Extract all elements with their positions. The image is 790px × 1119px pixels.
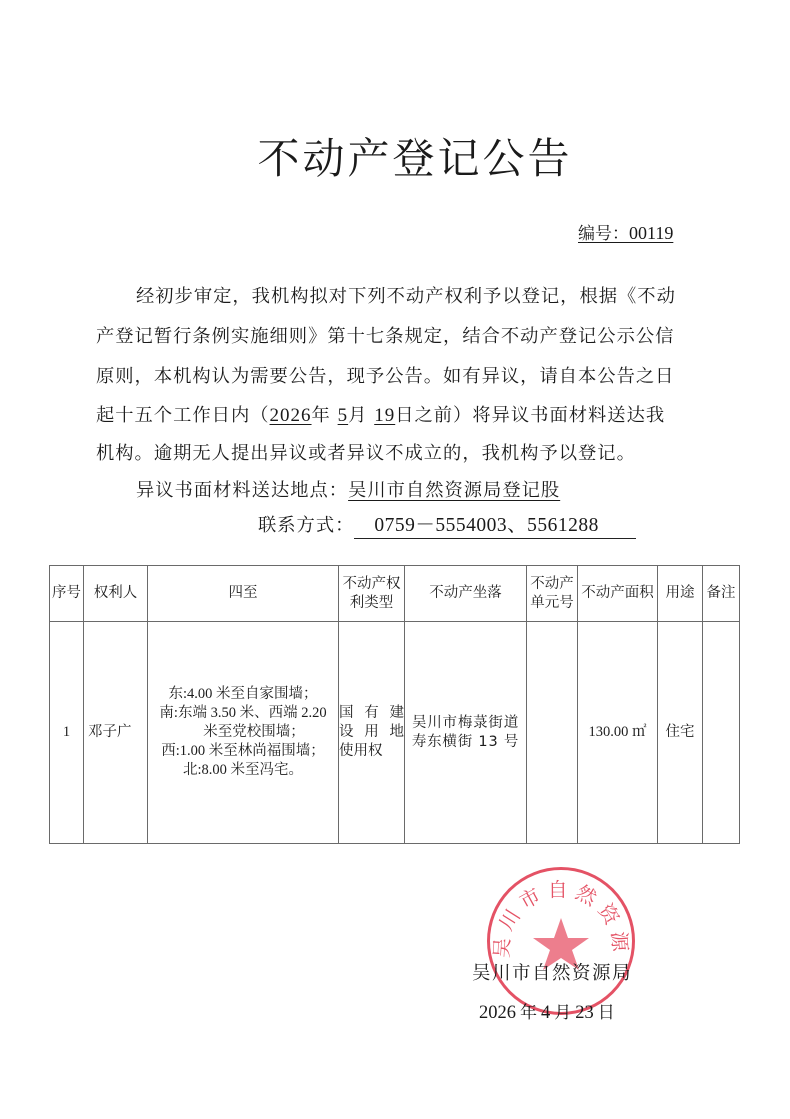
paragraph-line-2: 产登记暂行条例实施细则》第十七条规定，结合不动产登记公示公信 — [96, 325, 674, 349]
deadline-suffix: 日之前）将异议书面材料送达我 — [395, 405, 665, 426]
document-number: 编号：00119 — [578, 221, 673, 246]
contact-label: 联系方式： — [258, 515, 354, 536]
cell-area: 130.00 ㎡ — [578, 622, 658, 844]
deadline-prefix: 起十五个工作日内（ — [96, 405, 270, 426]
deadline-month-unit: 月 — [348, 405, 367, 426]
header-right-type-line1: 不动产权 — [339, 575, 404, 594]
cell-seq: 1 — [50, 622, 84, 844]
header-right-type: 不动产权利类型 — [339, 566, 405, 622]
deadline-year-unit: 年 — [312, 405, 331, 426]
date-day: 23 — [575, 1003, 594, 1023]
cell-use: 住宅 — [658, 622, 703, 844]
header-seq: 序号 — [50, 566, 84, 622]
cell-holder: 邓子广 — [84, 622, 148, 844]
table-header-row: 序号 权利人 四至 不动产权利类型 不动产坐落 不动产单元号 不动产面积 用途 … — [50, 566, 740, 622]
header-area: 不动产面积 — [578, 566, 658, 622]
contact-line: 联系方式：0759－5554003、5561288 — [258, 514, 636, 539]
header-use: 用途 — [658, 566, 703, 622]
closing-line: 机构。逾期无人提出异议或者异议不成立的，我机构予以登记。 — [96, 442, 636, 466]
boundary-east: 东:4.00 米至自家围墙； — [148, 685, 338, 704]
boundary-north: 北:8.00 米至冯宅。 — [148, 761, 338, 780]
issue-date: 2026年4月23日 — [479, 1001, 619, 1025]
cell-right-type: 国有建 设用地 使用权 — [339, 622, 405, 844]
objection-address-value: 吴川市自然资源局登记股 — [348, 480, 560, 501]
location-line2: 寿东横街 13 号 — [405, 733, 526, 752]
header-unit-no: 不动产单元号 — [527, 566, 578, 622]
header-remark: 备注 — [703, 566, 740, 622]
date-month-unit: 月 — [554, 1003, 571, 1023]
issuer-name: 吴川市自然资源局 — [472, 962, 632, 986]
objection-address-line: 异议书面材料送达地点：吴川市自然资源局登记股 — [136, 479, 560, 503]
header-location: 不动产坐落 — [405, 566, 527, 622]
date-year-unit: 年 — [520, 1003, 537, 1023]
header-boundaries: 四至 — [148, 566, 339, 622]
right-type-line2: 设用地 — [339, 723, 404, 742]
header-unit-no-line2: 单元号 — [527, 594, 577, 613]
official-seal: 吴川市自然资源局 — [487, 867, 635, 1015]
header-unit-no-line1: 不动产 — [527, 575, 577, 594]
deadline-line: 起十五个工作日内（2026年 5月 19日之前）将异议书面材料送达我 — [96, 404, 665, 428]
deadline-day: 19 — [374, 405, 395, 426]
date-day-unit: 日 — [598, 1003, 615, 1023]
right-type-line1: 国有建 — [339, 704, 404, 723]
header-right-type-line2: 利类型 — [339, 594, 404, 613]
boundary-south: 南:东端 3.50 米、西端 2.20 — [148, 704, 338, 723]
deadline-year: 2026 — [270, 405, 312, 426]
paragraph-line-1: 经初步审定，我机构拟对下列不动产权利予以登记，根据《不动 — [136, 285, 676, 309]
registration-table: 序号 权利人 四至 不动产权利类型 不动产坐落 不动产单元号 不动产面积 用途 … — [49, 565, 740, 844]
date-year: 2026 — [479, 1003, 516, 1023]
page-title: 不动产登记公告 — [0, 132, 790, 186]
boundary-south-cont: 米至党校围墙； — [148, 723, 338, 742]
header-holder: 权利人 — [84, 566, 148, 622]
table-row: 1 邓子广 东:4.00 米至自家围墙； 南:东端 3.50 米、西端 2.20… — [50, 622, 740, 844]
right-type-line3: 使用权 — [339, 742, 404, 761]
cell-remark — [703, 622, 740, 844]
contact-value: 0759－5554003、5561288 — [354, 514, 636, 539]
cell-unit-no — [527, 622, 578, 844]
cell-boundaries: 东:4.00 米至自家围墙； 南:东端 3.50 米、西端 2.20 米至党校围… — [148, 622, 339, 844]
seal-star-icon: 吴川市自然资源局 — [490, 870, 632, 1012]
paragraph-line-3: 原则，本机构认为需要公告，现予公告。如有异议，请自本公告之日 — [96, 365, 674, 389]
cell-location: 吴川市梅菉街道 寿东横街 13 号 — [405, 622, 527, 844]
document-number-label: 编号： — [578, 224, 629, 244]
location-line1: 吴川市梅菉街道 — [405, 714, 526, 733]
document-number-value: 00119 — [629, 223, 673, 243]
boundary-west: 西:1.00 米至林尚福围墙； — [148, 742, 338, 761]
objection-address-label: 异议书面材料送达地点： — [136, 480, 348, 501]
date-month: 4 — [541, 1003, 550, 1023]
deadline-month: 5 — [338, 405, 349, 426]
